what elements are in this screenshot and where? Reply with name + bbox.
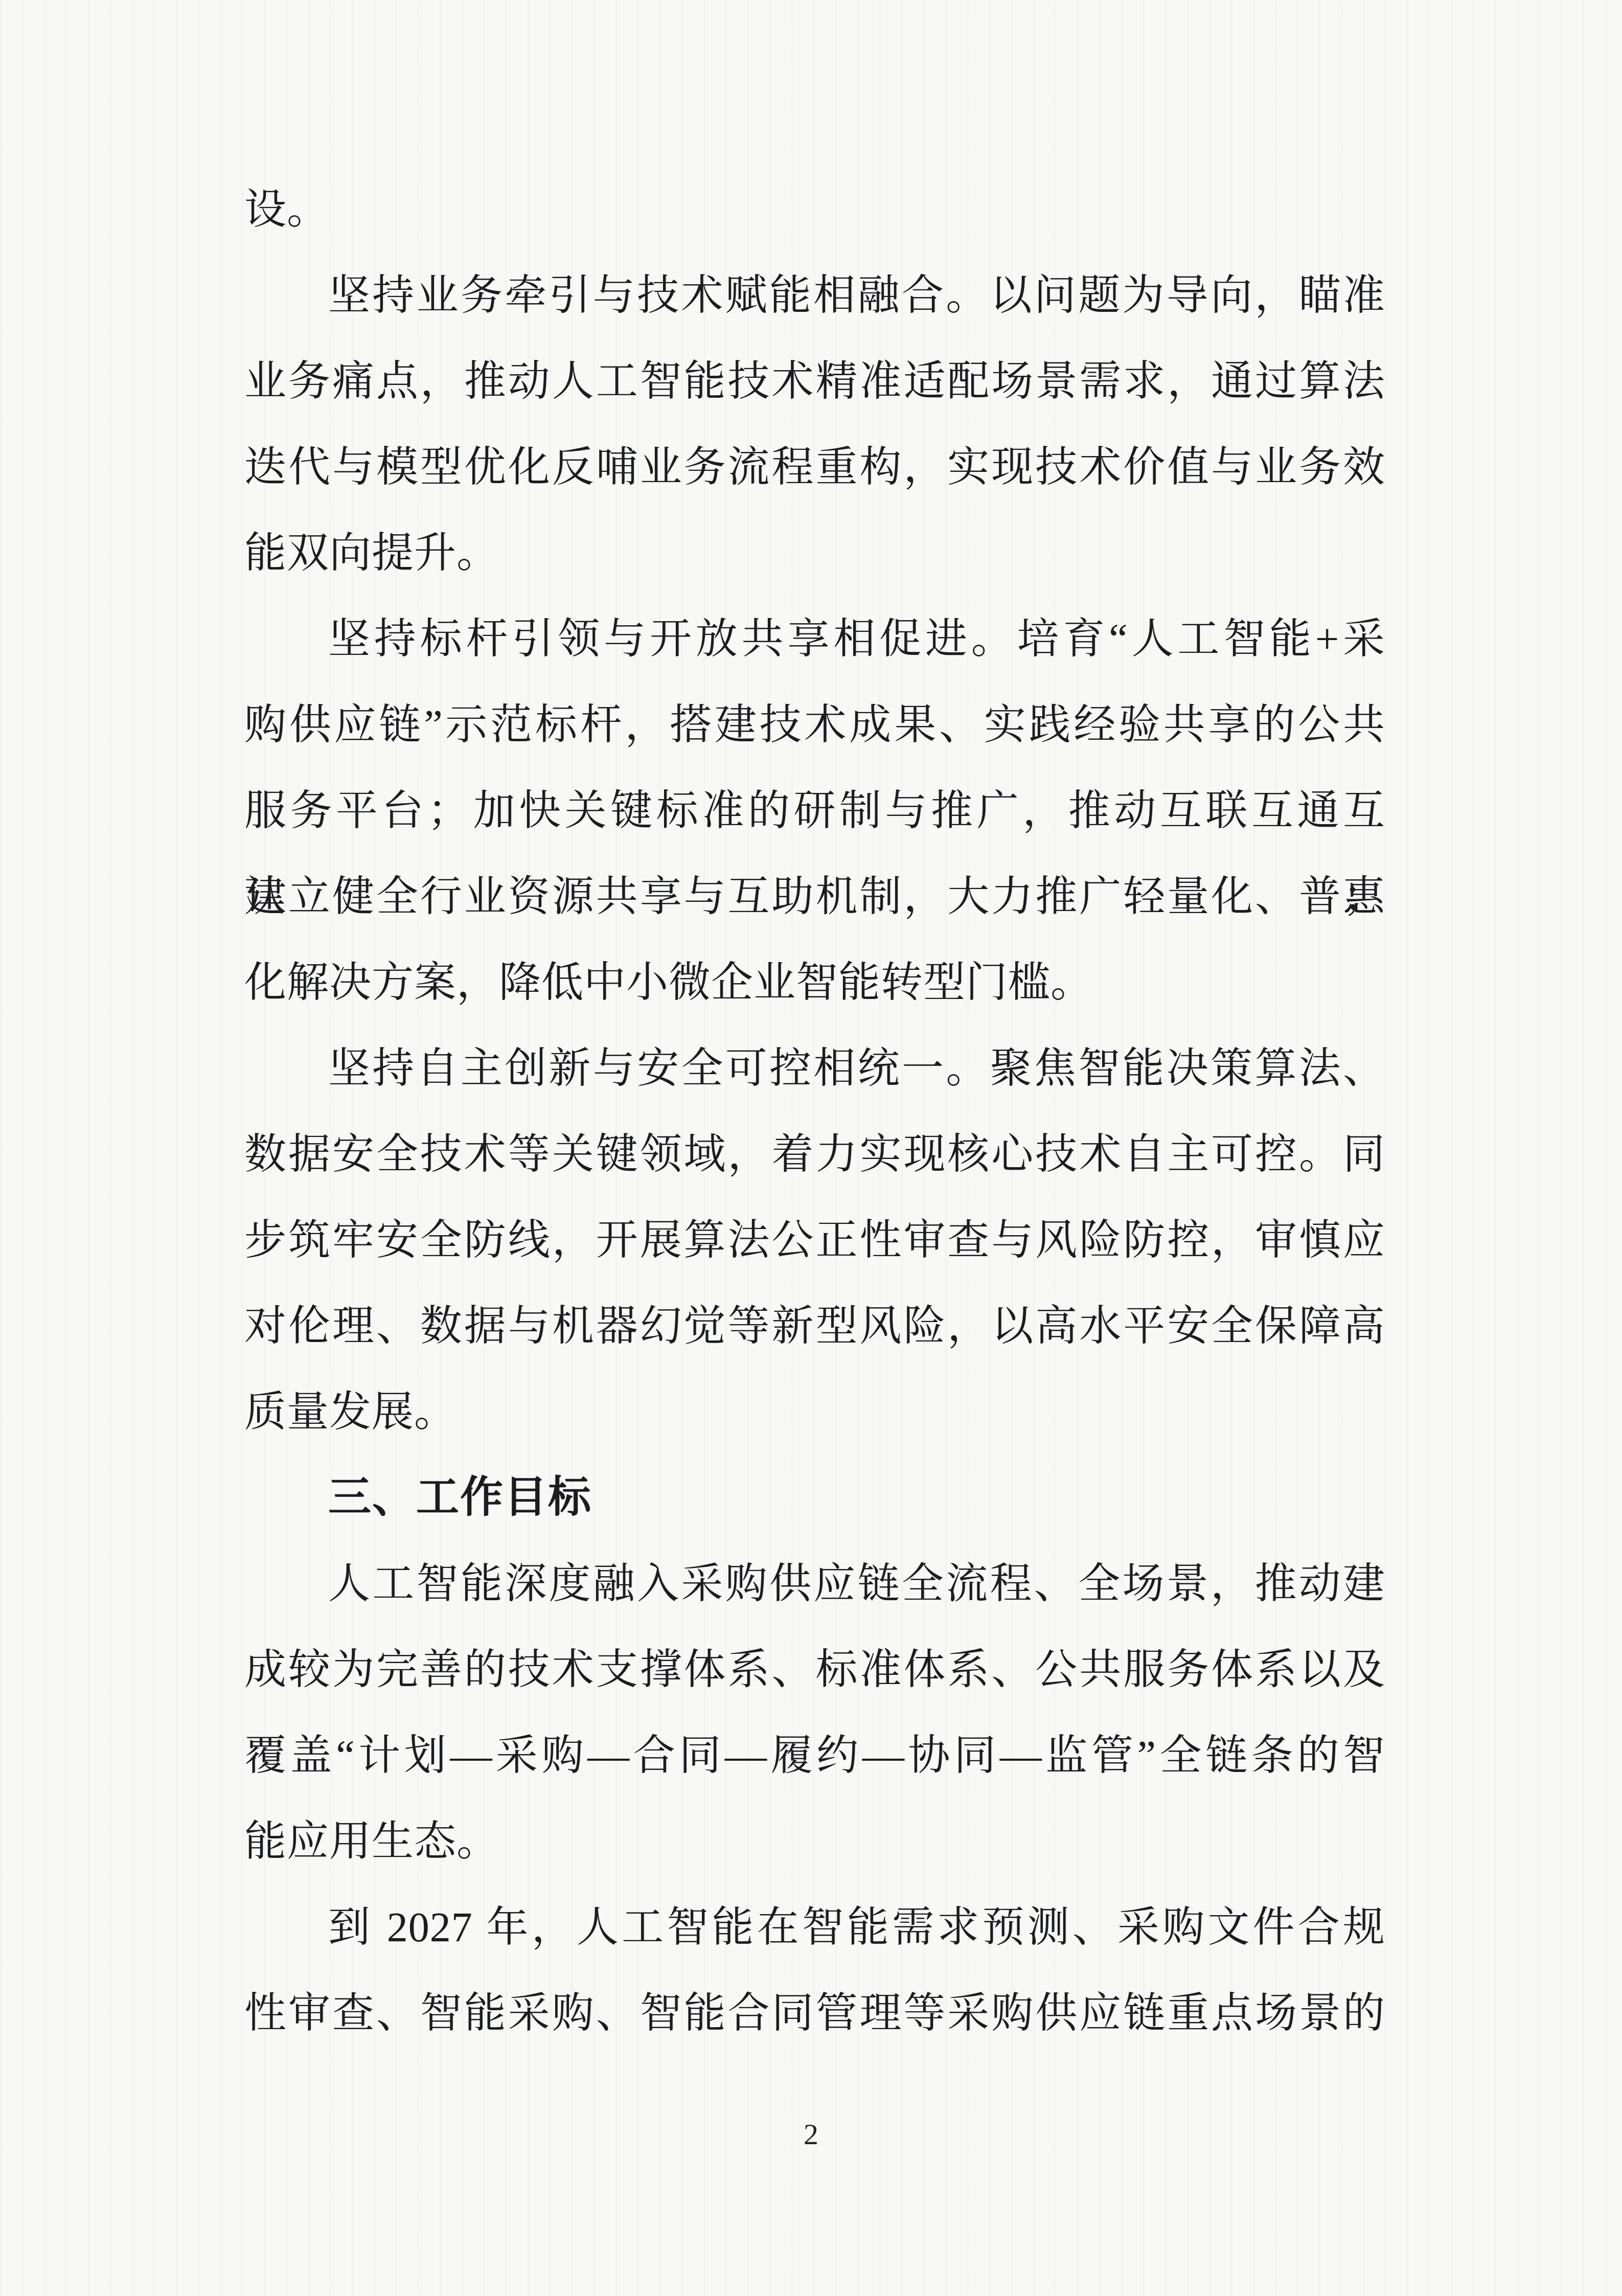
text-line-02: 坚持业务牵引与技术赋能相融合。以问题为导向，瞄准 <box>244 253 1385 338</box>
text-line-01: 设。 <box>244 167 1385 253</box>
text-line-18: 成较为完善的技术支撑体系、标准体系、公共服务体系以及 <box>244 1627 1385 1713</box>
text-line-14: 对伦理、数据与机器幻觉等新型风险，以高水平安全保障高 <box>244 1283 1385 1369</box>
section-heading: 三、工作目标 <box>244 1455 1385 1541</box>
text-line-13: 步筑牢安全防线，开展算法公正性审查与风险防控，审慎应 <box>244 1197 1385 1283</box>
text-line-12: 数据安全技术等关键领域，着力实现核心技术自主可控。同 <box>244 1111 1385 1197</box>
text-line-19: 覆盖“计划—采购—合同—履约—协同—监管”全链条的智 <box>244 1713 1385 1799</box>
text-line-10: 化解决方案，降低中小微企业智能转型门槛。 <box>244 940 1385 1026</box>
text-line-08: 服务平台；加快关键标准的研制与推广，推动互联互通互认； <box>244 768 1385 854</box>
text-line-04: 迭代与模型优化反哺业务流程重构，实现技术价值与业务效 <box>244 424 1385 510</box>
text-line-05: 能双向提升。 <box>244 510 1385 596</box>
text-line-22: 性审查、智能采购、智能合同管理等采购供应链重点场景的 <box>244 1970 1385 2056</box>
text-line-17: 人工智能深度融入采购供应链全流程、全场景，推动建 <box>244 1541 1385 1627</box>
text-line-03: 业务痛点，推动人工智能技术精准适配场景需求，通过算法 <box>244 338 1385 424</box>
text-line-20: 能应用生态。 <box>244 1799 1385 1884</box>
text-line-09: 建立健全行业资源共享与互助机制，大力推广轻量化、普惠 <box>244 854 1385 940</box>
text-line-11: 坚持自主创新与安全可控相统一。聚焦智能决策算法、 <box>244 1026 1385 1111</box>
scanned-document-page: 设。 坚持业务牵引与技术赋能相融合。以问题为导向，瞄准 业务痛点，推动人工智能技… <box>0 0 1622 2296</box>
page-number: 2 <box>804 2118 818 2151</box>
text-line-06: 坚持标杆引领与开放共享相促进。培育“人工智能+采 <box>244 596 1385 682</box>
page-footer: 2 <box>0 2111 1622 2157</box>
document-body: 设。 坚持业务牵引与技术赋能相融合。以问题为导向，瞄准 业务痛点，推动人工智能技… <box>244 167 1385 2056</box>
text-line-07: 购供应链”示范标杆，搭建技术成果、实践经验共享的公共 <box>244 682 1385 768</box>
text-line-21: 到 2027 年，人工智能在智能需求预测、采购文件合规 <box>244 1884 1385 1970</box>
text-line-15: 质量发展。 <box>244 1369 1385 1455</box>
